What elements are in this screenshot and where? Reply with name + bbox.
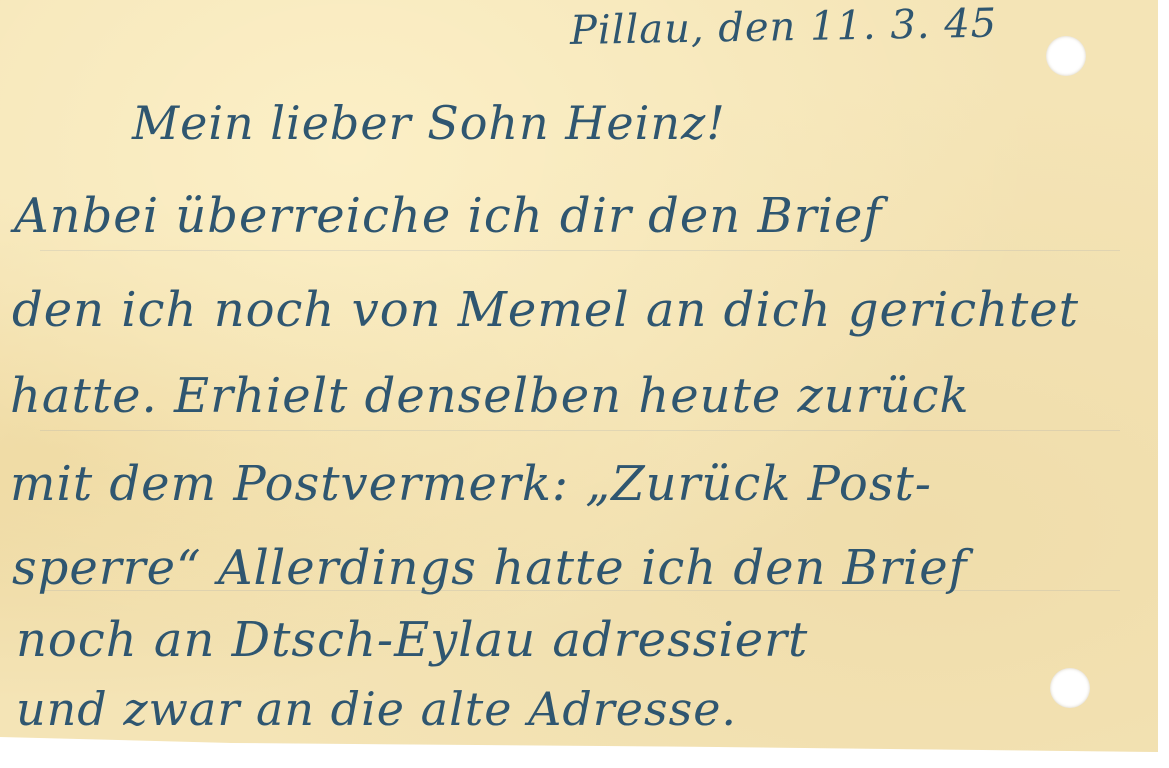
letter-body-line: noch an Dtsch-Eylau adressiert	[16, 612, 808, 668]
faint-ruled-line	[40, 430, 1120, 431]
punch-hole-bottom	[1050, 668, 1090, 708]
letter-body-line: den ich noch von Memel an dich gerichtet	[12, 282, 1079, 338]
letter-body-line: mit dem Postvermerk: „Zurück Post-	[10, 456, 932, 512]
letter-paper: Pillau, den 11. 3. 45 Mein lieber Sohn H…	[0, 0, 1158, 752]
punch-hole-top	[1046, 36, 1086, 76]
letter-body-line: hatte. Erhielt denselben heute zurück	[10, 368, 970, 424]
letter-body-line: sperre“ Allerdings hatte ich den Brief	[12, 540, 967, 596]
letter-place-date: Pillau, den 11. 3. 45	[570, 1, 998, 54]
faint-ruled-line	[40, 250, 1120, 251]
letter-body-line: und zwar an die alte Adresse.	[16, 682, 737, 736]
letter-body-line: Anbei überreiche ich dir den Brief	[14, 188, 882, 244]
letter-salutation: Mein lieber Sohn Heinz!	[132, 96, 726, 150]
